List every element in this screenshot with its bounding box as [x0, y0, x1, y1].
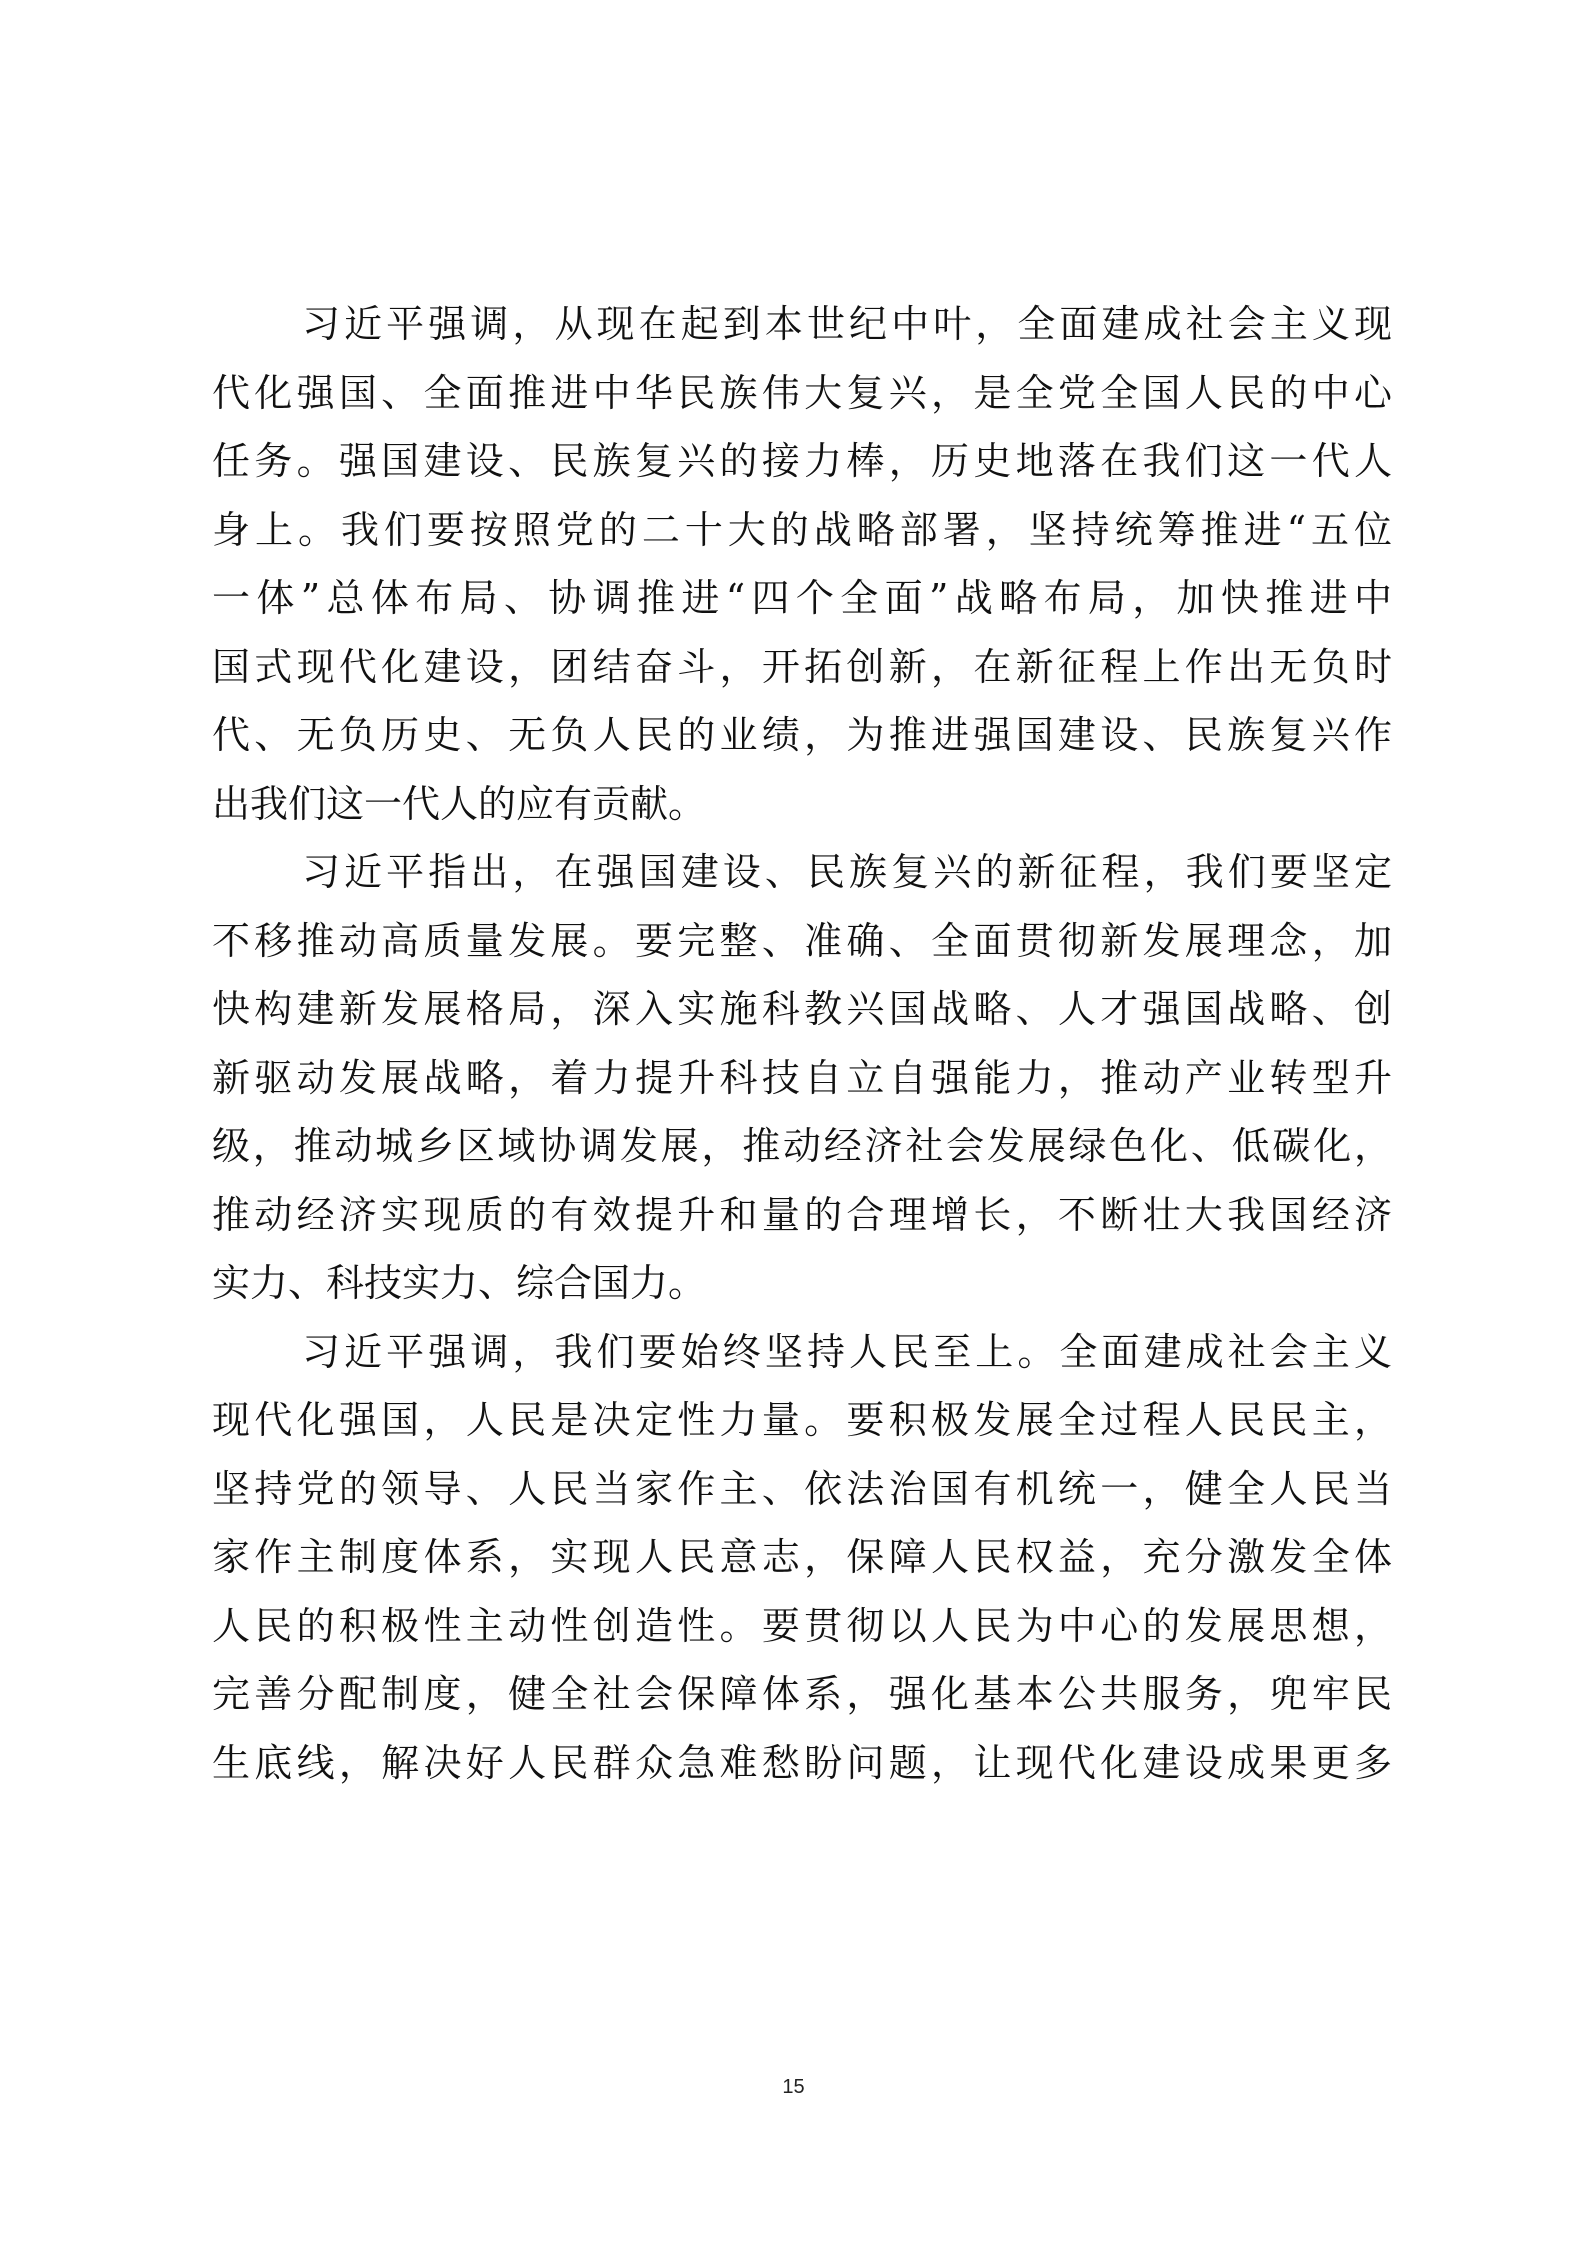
text-line: 代、无负历史、无负人民的业绩，为推进强国建设、民族复兴作 [212, 701, 1392, 770]
text-line: 实力、科技实力、综合国力。 [212, 1249, 1392, 1318]
text-line: 快构建新发展格局，深入实施科教兴国战略、人才强国战略、创 [212, 975, 1392, 1044]
text-line: 一体”总体布局、协调推进“四个全面”战略布局，加快推进中 [212, 564, 1392, 633]
text-line: 习近平指出，在强国建设、民族复兴的新征程，我们要坚定 [212, 838, 1392, 907]
text-line: 任务。强国建设、民族复兴的接力棒，历史地落在我们这一代人 [212, 427, 1392, 496]
text-line: 出我们这一代人的应有贡献。 [212, 770, 1392, 839]
text-line: 代化强国、全面推进中华民族伟大复兴，是全党全国人民的中心 [212, 359, 1392, 428]
text-line: 新驱动发展战略，着力提升科技自立自强能力，推动产业转型升 [212, 1044, 1392, 1113]
text-line: 不移推动高质量发展。要完整、准确、全面贯彻新发展理念，加 [212, 907, 1392, 976]
text-line: 家作主制度体系，实现人民意志，保障人民权益，充分激发全体 [212, 1523, 1392, 1592]
text-line: 级，推动城乡区域协调发展，推动经济社会发展绿色化、低碳化， [212, 1112, 1392, 1181]
text-line: 身上。我们要按照党的二十大的战略部署，坚持统筹推进“五位 [212, 496, 1392, 565]
text-line: 国式现代化建设，团结奋斗，开拓创新，在新征程上作出无负时 [212, 633, 1392, 702]
document-page: 习近平强调，从现在起到本世纪中叶，全面建成社会主义现 代化强国、全面推进中华民族… [0, 0, 1587, 2245]
text-line: 人民的积极性主动性创造性。要贯彻以人民为中心的发展思想， [212, 1592, 1392, 1661]
text-line: 生底线，解决好人民群众急难愁盼问题，让现代化建设成果更多 [212, 1729, 1392, 1798]
text-line: 推动经济实现质的有效提升和量的合理增长，不断壮大我国经济 [212, 1181, 1392, 1250]
text-line: 现代化强国，人民是决定性力量。要积极发展全过程人民民主， [212, 1386, 1392, 1455]
text-line: 习近平强调，从现在起到本世纪中叶，全面建成社会主义现 [212, 290, 1392, 359]
page-number: 15 [0, 2076, 1587, 2099]
text-line: 完善分配制度，健全社会保障体系，强化基本公共服务，兜牢民 [212, 1660, 1392, 1729]
body-text: 习近平强调，从现在起到本世纪中叶，全面建成社会主义现 代化强国、全面推进中华民族… [212, 290, 1392, 1797]
paragraph-1: 习近平强调，从现在起到本世纪中叶，全面建成社会主义现 代化强国、全面推进中华民族… [212, 290, 1392, 838]
paragraph-3: 习近平强调，我们要始终坚持人民至上。全面建成社会主义 现代化强国，人民是决定性力… [212, 1318, 1392, 1798]
paragraph-2: 习近平指出，在强国建设、民族复兴的新征程，我们要坚定 不移推动高质量发展。要完整… [212, 838, 1392, 1318]
text-line: 习近平强调，我们要始终坚持人民至上。全面建成社会主义 [212, 1318, 1392, 1387]
text-line: 坚持党的领导、人民当家作主、依法治国有机统一，健全人民当 [212, 1455, 1392, 1524]
